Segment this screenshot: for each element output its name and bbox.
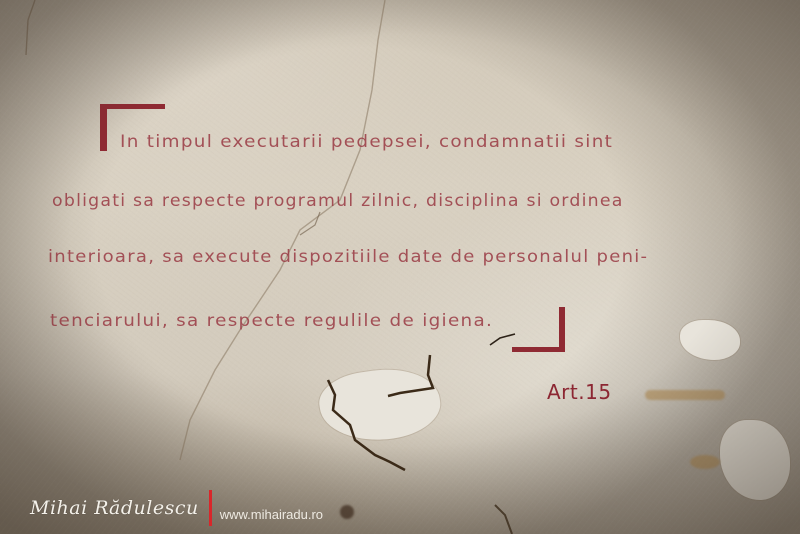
inscription-line-4: tenciarului, sa respecte regulile de igi… [50, 311, 493, 331]
wall-photo: In timpul executarii pedepsei, condamnat… [0, 0, 800, 534]
photographer-signature: Mihai Rădulescu [30, 497, 199, 519]
watermark: Mihai Rădulescu www.mihairadu.ro [30, 490, 323, 526]
inscription-line-2: obligati sa respecte programul zilnic, d… [52, 191, 624, 211]
article-number: Art.15 [547, 380, 612, 404]
inscription-line-1: In timpul executarii pedepsei, condamnat… [120, 132, 613, 152]
bottom-right-bracket [512, 307, 565, 352]
water-stain [340, 505, 354, 519]
watermark-divider [209, 490, 212, 526]
watermark-url: www.mihairadu.ro [220, 507, 323, 522]
water-stain [690, 455, 720, 469]
plaster-texture [0, 0, 800, 534]
water-stain [645, 390, 725, 400]
inscription-line-3: interioara, sa execute dispozitiile date… [48, 247, 648, 267]
